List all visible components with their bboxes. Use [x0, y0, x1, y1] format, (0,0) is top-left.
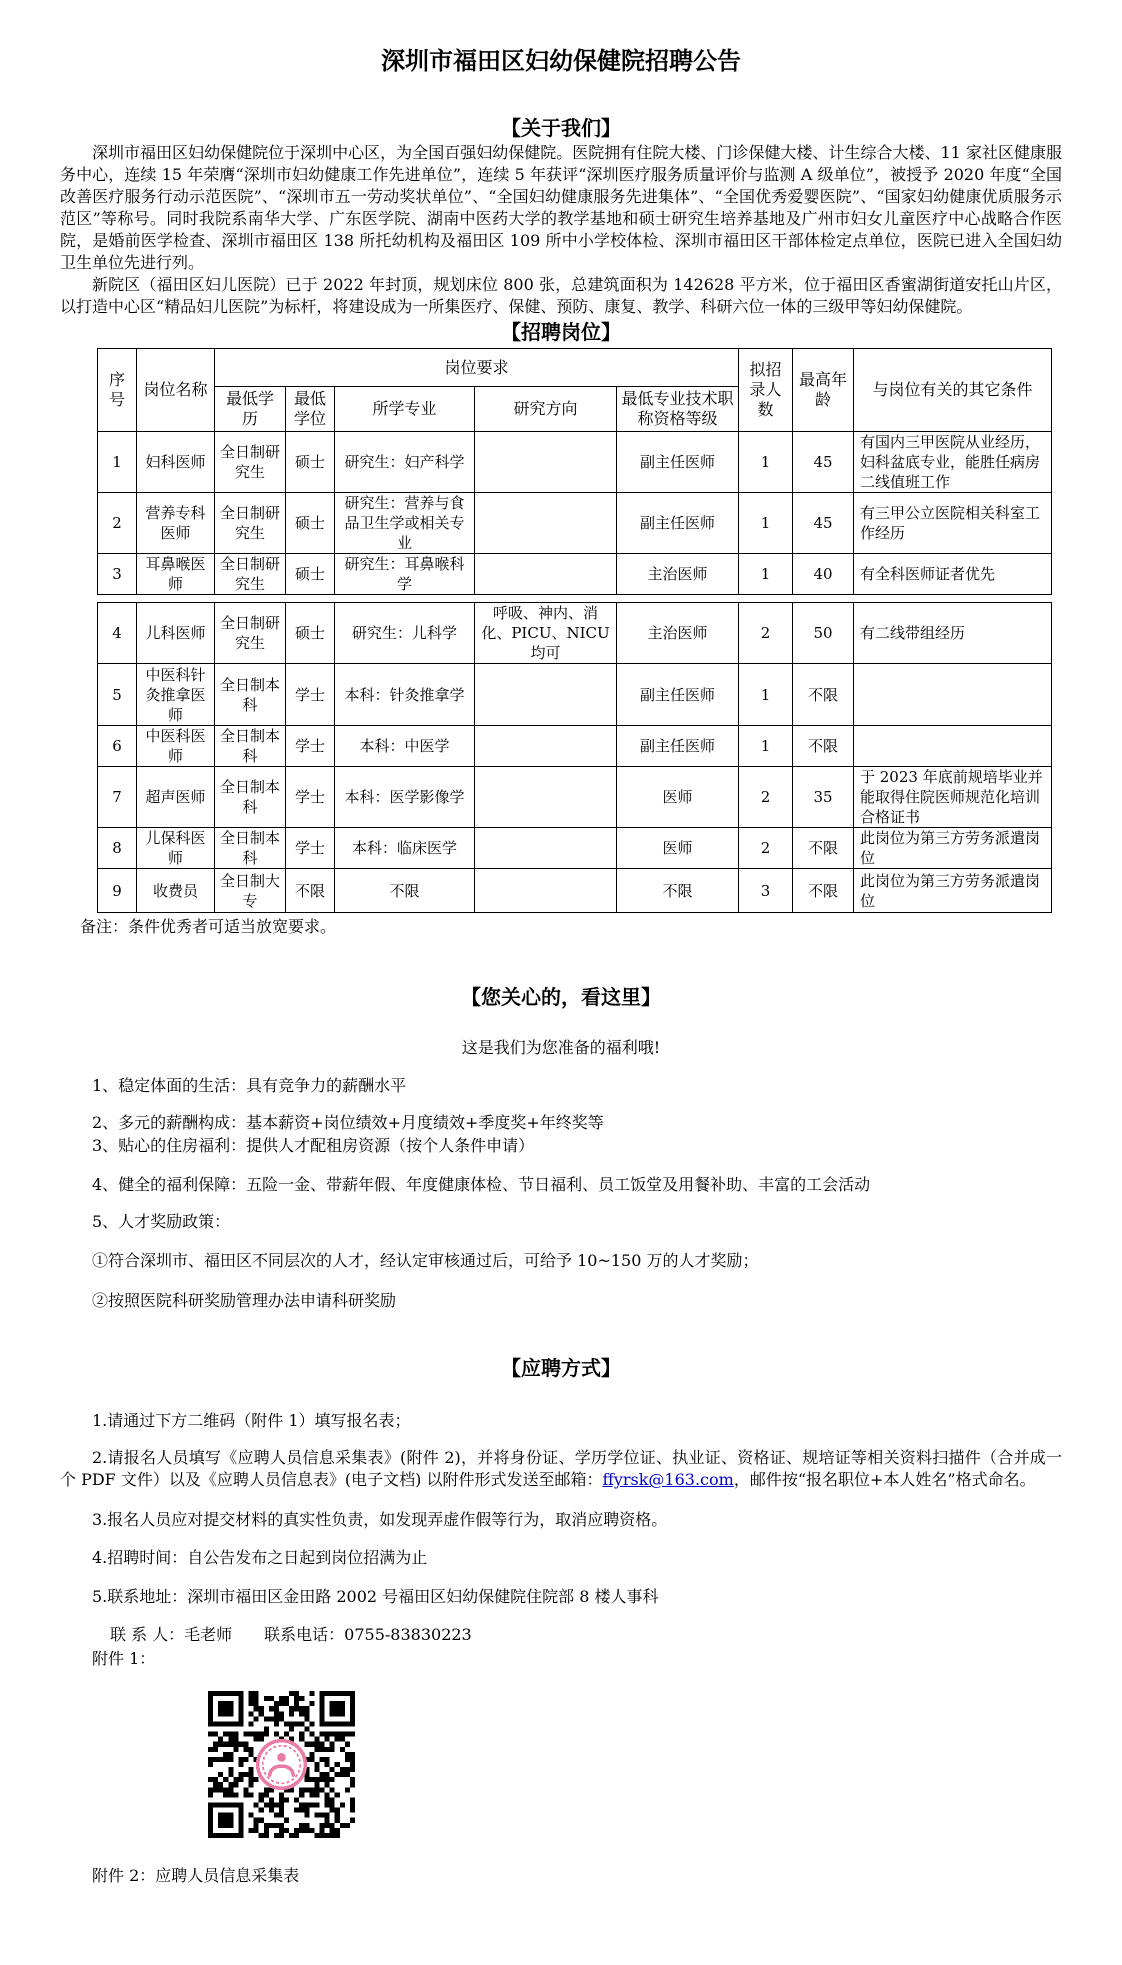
header-other-conditions: 与岗位有关的其它条件	[854, 349, 1052, 432]
cell-other: 有全科医师证者优先	[854, 554, 1052, 595]
cell-degree: 硕士	[286, 603, 335, 664]
apply-step-1: 1.请通过下方二维码（附件 1）填写报名表；	[60, 1410, 1062, 1432]
section-heading-benefits: 【您关心的，看这里】	[60, 983, 1062, 1011]
cell-name: 中医科针灸推拿医师	[137, 664, 215, 726]
document-page: 深圳市福田区妇幼保健院招聘公告 【关于我们】 深圳市福田区妇幼保健院位于深圳中心…	[0, 0, 1122, 1965]
cell-major: 研究生：耳鼻喉科学	[335, 554, 475, 595]
cell-title-level: 医师	[617, 828, 739, 869]
positions-table-part2: 4 儿科医师 全日制研究生 硕士 研究生：儿科学 呼吸、神内、消化、PICU、N…	[97, 602, 1052, 913]
cell-degree: 学士	[286, 664, 335, 726]
cell-other: 有三甲公立医院相关科室工作经历	[854, 493, 1052, 554]
cell-degree: 学士	[286, 828, 335, 869]
apply-step-5: 5.联系地址：深圳市福田区金田路 2002 号福田区妇幼保健院住院部 8 楼人事…	[60, 1586, 1062, 1608]
table-row: 4 儿科医师 全日制研究生 硕士 研究生：儿科学 呼吸、神内、消化、PICU、N…	[98, 603, 1052, 664]
cell-degree: 不限	[286, 869, 335, 913]
benefit-item: 2、多元的薪酬构成：基本薪资+岗位绩效+月度绩效+季度奖+年终奖等	[60, 1112, 1062, 1134]
cell-max-age: 不限	[793, 869, 854, 913]
apply-step-2-suffix: ，邮件按“报名职位+本人姓名”格式命名。	[734, 1470, 1036, 1489]
cell-seq: 1	[98, 432, 137, 493]
cell-max-age: 不限	[793, 664, 854, 726]
cell-seq: 8	[98, 828, 137, 869]
cell-direction	[475, 493, 617, 554]
cell-title-level: 副主任医师	[617, 664, 739, 726]
cell-direction	[475, 664, 617, 726]
cell-title-level: 副主任医师	[617, 432, 739, 493]
cell-degree: 学士	[286, 767, 335, 828]
cell-direction	[475, 767, 617, 828]
cell-other: 于 2023 年底前规培毕业并能取得住院医师规范化培训合格证书	[854, 767, 1052, 828]
cell-name: 妇科医师	[137, 432, 215, 493]
cell-major: 研究生：儿科学	[335, 603, 475, 664]
cell-max-age: 不限	[793, 828, 854, 869]
cell-major: 不限	[335, 869, 475, 913]
header-major: 所学专业	[335, 387, 475, 432]
cell-max-age: 40	[793, 554, 854, 595]
cell-degree: 硕士	[286, 554, 335, 595]
benefit-item: 4、健全的福利保障：五险一金、带薪年假、年度健康体检、节日福利、员工饭堂及用餐补…	[60, 1174, 1062, 1196]
cell-direction	[475, 828, 617, 869]
cell-name: 营养专科医师	[137, 493, 215, 554]
section-heading-positions: 【招聘岗位】	[60, 318, 1062, 346]
cell-count: 3	[739, 869, 793, 913]
apply-step-2: 2.请报名人员填写《应聘人员信息采集表》(附件 2)，并将身份证、学历学位证、执…	[60, 1447, 1062, 1491]
table-header-row-1: 序号 岗位名称 岗位要求 拟招录人数 最高年龄 与岗位有关的其它条件	[98, 349, 1052, 387]
cell-name: 儿保科医师	[137, 828, 215, 869]
cell-count: 1	[739, 493, 793, 554]
header-seq: 序号	[98, 349, 137, 432]
cell-major: 本科：医学影像学	[335, 767, 475, 828]
header-max-age: 最高年龄	[793, 349, 854, 432]
cell-other	[854, 664, 1052, 726]
benefit-item: 5、人才奖励政策：	[60, 1211, 1062, 1233]
header-position-name: 岗位名称	[137, 349, 215, 432]
cell-seq: 5	[98, 664, 137, 726]
page-title: 深圳市福田区妇幼保健院招聘公告	[60, 46, 1062, 76]
cell-name: 儿科医师	[137, 603, 215, 664]
cell-seq: 4	[98, 603, 137, 664]
cell-name: 耳鼻喉医师	[137, 554, 215, 595]
cell-degree: 学士	[286, 726, 335, 767]
cell-major: 本科：中医学	[335, 726, 475, 767]
about-paragraph-2: 新院区（福田区妇儿医院）已于 2022 年封顶，规划床位 800 张，总建筑面积…	[60, 274, 1062, 318]
cell-name: 超声医师	[137, 767, 215, 828]
cell-direction	[475, 432, 617, 493]
cell-title-level: 主治医师	[617, 554, 739, 595]
document-content: 深圳市福田区妇幼保健院招聘公告 【关于我们】 深圳市福田区妇幼保健院位于深圳中心…	[0, 0, 1122, 1887]
cell-count: 2	[739, 603, 793, 664]
cell-count: 1	[739, 664, 793, 726]
header-research-direction: 研究方向	[475, 387, 617, 432]
about-paragraph-1: 深圳市福田区妇幼保健院位于深圳中心区，为全国百强妇幼保健院。医院拥有住院大楼、门…	[60, 142, 1062, 274]
cell-direction: 呼吸、神内、消化、PICU、NICU 均可	[475, 603, 617, 664]
cell-seq: 7	[98, 767, 137, 828]
cell-direction	[475, 554, 617, 595]
cell-edu: 全日制研究生	[215, 554, 286, 595]
table-row: 9 收费员 全日制大专 不限 不限 不限 3 不限 此岗位为第三方劳务派遣岗位	[98, 869, 1052, 913]
cell-title-level: 副主任医师	[617, 493, 739, 554]
cell-edu: 全日制本科	[215, 767, 286, 828]
cell-count: 1	[739, 726, 793, 767]
cell-other: 有国内三甲医院从业经历，妇科盆底专业，能胜任病房二线值班工作	[854, 432, 1052, 493]
cell-other	[854, 726, 1052, 767]
qr-code	[208, 1691, 355, 1838]
table-row: 1 妇科医师 全日制研究生 硕士 研究生：妇产科学 副主任医师 1 45 有国内…	[98, 432, 1052, 493]
cell-title-level: 副主任医师	[617, 726, 739, 767]
header-min-education: 最低学历	[215, 387, 286, 432]
table-row: 6 中医科医师 全日制本科 学士 本科：中医学 副主任医师 1 不限	[98, 726, 1052, 767]
table-row: 7 超声医师 全日制本科 学士 本科：医学影像学 医师 2 35 于 2023 …	[98, 767, 1052, 828]
positions-table-part1: 序号 岗位名称 岗位要求 拟招录人数 最高年龄 与岗位有关的其它条件 最低学历 …	[97, 348, 1052, 595]
cell-edu: 全日制本科	[215, 726, 286, 767]
cell-edu: 全日制研究生	[215, 603, 286, 664]
section-heading-apply: 【应聘方式】	[60, 1354, 1062, 1382]
cell-title-level: 医师	[617, 767, 739, 828]
cell-other: 有二线带组经历	[854, 603, 1052, 664]
apply-step-4: 4.招聘时间：自公告发布之日起到岗位招满为止	[60, 1547, 1062, 1569]
table-row: 2 营养专科医师 全日制研究生 硕士 研究生：营养与食品卫生学或相关专业 副主任…	[98, 493, 1052, 554]
cell-title-level: 不限	[617, 869, 739, 913]
cell-max-age: 35	[793, 767, 854, 828]
table-note: 备注：条件优秀者可适当放宽要求。	[80, 916, 1062, 937]
benefit-sub-item: ①符合深圳市、福田区不同层次的人才，经认定审核通过后，可给予 10~150 万的…	[60, 1250, 1062, 1272]
cell-major: 研究生：营养与食品卫生学或相关专业	[335, 493, 475, 554]
cell-direction	[475, 726, 617, 767]
header-count: 拟招录人数	[739, 349, 793, 432]
qr-code-image	[208, 1691, 355, 1838]
cell-max-age: 不限	[793, 726, 854, 767]
cell-count: 2	[739, 828, 793, 869]
section-heading-about-us: 【关于我们】	[60, 114, 1062, 142]
cell-major: 本科：针灸推拿学	[335, 664, 475, 726]
benefit-sub-item: ②按照医院科研奖励管理办法申请科研奖励	[60, 1290, 1062, 1312]
cell-edu: 全日制研究生	[215, 493, 286, 554]
cell-other: 此岗位为第三方劳务派遣岗位	[854, 869, 1052, 913]
attachment-1-label: 附件 1：	[60, 1648, 1062, 1670]
cell-major: 本科：临床医学	[335, 828, 475, 869]
cell-degree: 硕士	[286, 432, 335, 493]
header-title-level: 最低专业技术职称资格等级	[617, 387, 739, 432]
cell-name: 收费员	[137, 869, 215, 913]
cell-edu: 全日制本科	[215, 828, 286, 869]
cell-count: 2	[739, 767, 793, 828]
cell-seq: 3	[98, 554, 137, 595]
cell-direction	[475, 869, 617, 913]
contact-info: 联 系 人：毛老师 联系电话：0755-83830223	[60, 1624, 1062, 1646]
cell-seq: 6	[98, 726, 137, 767]
benefit-item: 3、贴心的住房福利：提供人才配租房资源（按个人条件申请）	[60, 1135, 1062, 1157]
cell-seq: 9	[98, 869, 137, 913]
attachment-2-label: 附件 2：应聘人员信息采集表	[60, 1865, 1062, 1887]
email-link[interactable]: ffyrsk@163.com	[602, 1470, 733, 1489]
table-row: 8 儿保科医师 全日制本科 学士 本科：临床医学 医师 2 不限 此岗位为第三方…	[98, 828, 1052, 869]
cell-count: 1	[739, 432, 793, 493]
cell-other: 此岗位为第三方劳务派遣岗位	[854, 828, 1052, 869]
cell-count: 1	[739, 554, 793, 595]
cell-title-level: 主治医师	[617, 603, 739, 664]
cell-edu: 全日制研究生	[215, 432, 286, 493]
table-row: 3 耳鼻喉医师 全日制研究生 硕士 研究生：耳鼻喉科学 主治医师 1 40 有全…	[98, 554, 1052, 595]
cell-max-age: 50	[793, 603, 854, 664]
cell-max-age: 45	[793, 432, 854, 493]
cell-seq: 2	[98, 493, 137, 554]
cell-edu: 全日制本科	[215, 664, 286, 726]
header-min-degree: 最低学位	[286, 387, 335, 432]
header-requirements: 岗位要求	[215, 349, 739, 387]
cell-name: 中医科医师	[137, 726, 215, 767]
cell-max-age: 45	[793, 493, 854, 554]
cell-edu: 全日制大专	[215, 869, 286, 913]
benefits-intro: 这是我们为您准备的福利哦!	[60, 1037, 1062, 1059]
cell-degree: 硕士	[286, 493, 335, 554]
apply-step-3: 3.报名人员应对提交材料的真实性负责，如发现弄虚作假等行为，取消应聘资格。	[60, 1509, 1062, 1531]
table-row: 5 中医科针灸推拿医师 全日制本科 学士 本科：针灸推拿学 副主任医师 1 不限	[98, 664, 1052, 726]
benefit-item: 1、稳定体面的生活：具有竞争力的薪酬水平	[60, 1075, 1062, 1097]
cell-major: 研究生：妇产科学	[335, 432, 475, 493]
